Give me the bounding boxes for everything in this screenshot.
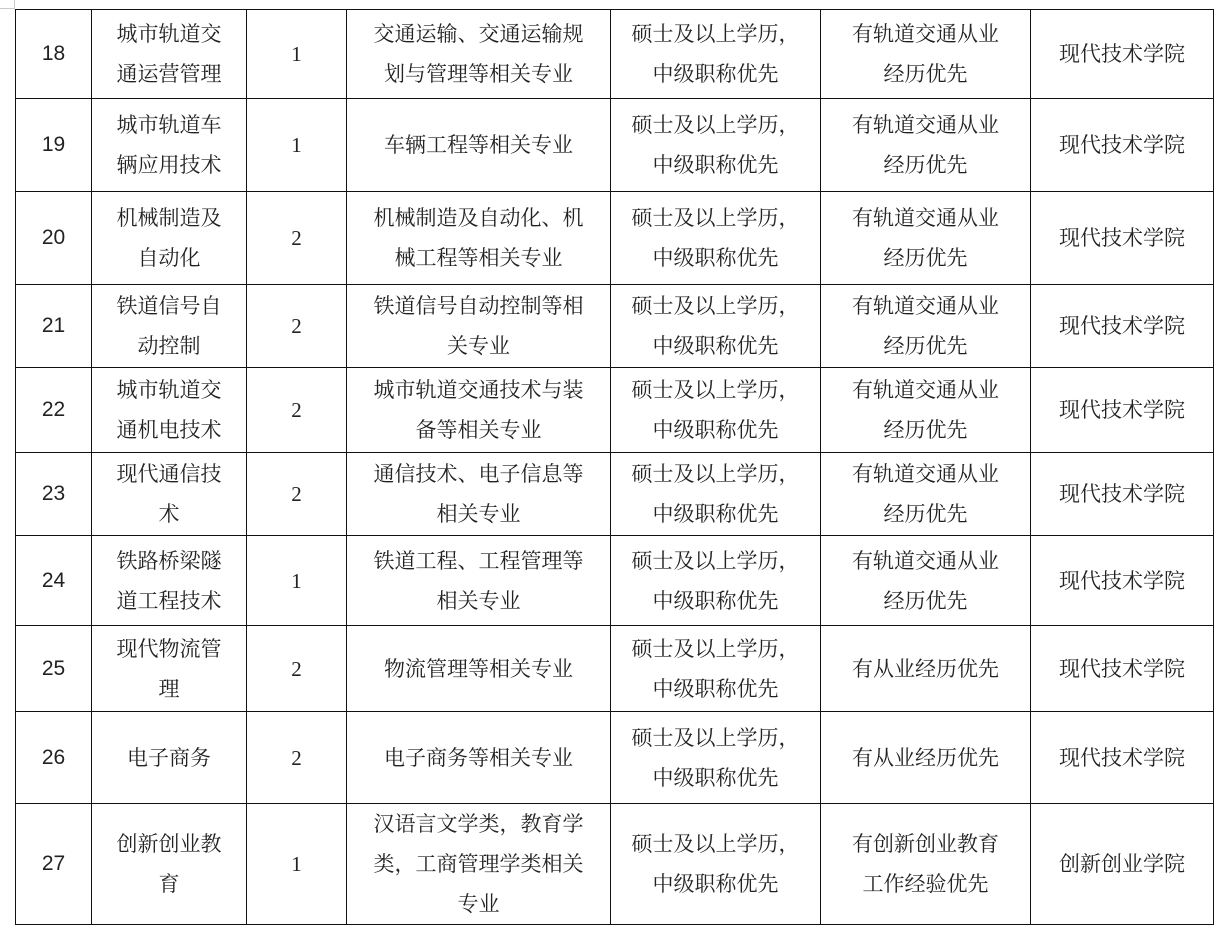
major-requirement-cell: 铁道信号自动控制等相关专业 [347,285,611,368]
experience-requirement-line: 有轨道交通从业 [829,198,1022,238]
position-name-line: 动控制 [100,326,238,366]
education-requirement-line: 中级职称优先 [619,581,812,621]
table-row: 20机械制造及自动化2机械制造及自动化、机械工程等相关专业硕士及以上学历，中级职… [16,192,1214,285]
department-cell: 现代技术学院 [1031,192,1214,285]
education-requirement-line: 硕士及以上学历， [619,718,812,758]
page-corner-mark [0,0,15,9]
education-requirement-line: 中级职称优先 [619,410,812,450]
experience-requirement-cell: 有从业经历优先 [821,712,1031,804]
position-name-cell: 电子商务 [92,712,247,804]
education-requirement-line: 硕士及以上学历， [619,14,812,54]
position-name-line: 铁路桥梁隧 [100,541,238,581]
major-requirement-line: 铁道工程、工程管理等 [355,541,602,581]
education-requirement-cell: 硕士及以上学历，中级职称优先 [611,99,821,192]
major-requirement-cell: 机械制造及自动化、机械工程等相关专业 [347,192,611,285]
headcount-cell: 1 [247,10,347,99]
headcount-cell: 2 [247,192,347,285]
position-name-cell: 现代通信技术 [92,453,247,536]
experience-requirement-cell: 有轨道交通从业经历优先 [821,10,1031,99]
experience-requirement-cell: 有轨道交通从业经历优先 [821,536,1031,626]
major-requirement-line: 物流管理等相关专业 [355,649,602,689]
experience-requirement-line: 有轨道交通从业 [829,286,1022,326]
headcount-cell: 2 [247,712,347,804]
row-number-cell: 20 [16,192,92,285]
department-cell: 现代技术学院 [1031,99,1214,192]
table-row: 18城市轨道交通运营管理1交通运输、交通运输规划与管理等相关专业硕士及以上学历，… [16,10,1214,99]
major-requirement-line: 相关专业 [355,581,602,621]
position-name-line: 理 [100,669,238,709]
table-row: 23现代通信技术2通信技术、电子信息等相关专业硕士及以上学历，中级职称优先有轨道… [16,453,1214,536]
row-number-cell: 18 [16,10,92,99]
experience-requirement-cell: 有轨道交通从业经历优先 [821,99,1031,192]
headcount-cell: 1 [247,804,347,925]
major-requirement-cell: 车辆工程等相关专业 [347,99,611,192]
education-requirement-line: 中级职称优先 [619,758,812,798]
major-requirement-line: 专业 [355,884,602,924]
experience-requirement-cell: 有从业经历优先 [821,626,1031,712]
department-cell: 现代技术学院 [1031,10,1214,99]
position-name-cell: 现代物流管理 [92,626,247,712]
education-requirement-line: 硕士及以上学历， [619,198,812,238]
position-name-line: 城市轨道交 [100,370,238,410]
major-requirement-cell: 城市轨道交通技术与装备等相关专业 [347,368,611,453]
experience-requirement-line: 经历优先 [829,581,1022,621]
experience-requirement-line: 经历优先 [829,145,1022,185]
major-requirement-line: 交通运输、交通运输规 [355,14,602,54]
education-requirement-line: 硕士及以上学历， [619,454,812,494]
headcount-cell: 2 [247,453,347,536]
position-name-line: 机械制造及 [100,198,238,238]
experience-requirement-cell: 有轨道交通从业经历优先 [821,453,1031,536]
department-cell: 现代技术学院 [1031,626,1214,712]
major-requirement-line: 关专业 [355,326,602,366]
row-number-cell: 26 [16,712,92,804]
major-requirement-line: 汉语言文学类，教育学 [355,804,602,844]
headcount-cell: 2 [247,285,347,368]
position-name-line: 育 [100,864,238,904]
experience-requirement-line: 工作经验优先 [829,864,1022,904]
experience-requirement-line: 有轨道交通从业 [829,14,1022,54]
education-requirement-line: 硕士及以上学历， [619,824,812,864]
experience-requirement-cell: 有创新创业教育工作经验优先 [821,804,1031,925]
experience-requirement-line: 有从业经历优先 [829,649,1022,689]
position-name-cell: 城市轨道交通机电技术 [92,368,247,453]
experience-requirement-line: 有轨道交通从业 [829,541,1022,581]
position-name-line: 创新创业教 [100,824,238,864]
row-number-cell: 25 [16,626,92,712]
department-cell: 现代技术学院 [1031,712,1214,804]
experience-requirement-cell: 有轨道交通从业经历优先 [821,192,1031,285]
department-cell: 现代技术学院 [1031,368,1214,453]
row-number-cell: 27 [16,804,92,925]
experience-requirement-line: 经历优先 [829,494,1022,534]
experience-requirement-line: 经历优先 [829,54,1022,94]
education-requirement-line: 中级职称优先 [619,864,812,904]
position-name-cell: 铁道信号自动控制 [92,285,247,368]
position-name-cell: 铁路桥梁隧道工程技术 [92,536,247,626]
major-requirement-line: 车辆工程等相关专业 [355,125,602,165]
education-requirement-line: 中级职称优先 [619,494,812,534]
education-requirement-line: 硕士及以上学历， [619,541,812,581]
position-name-line: 通机电技术 [100,410,238,450]
experience-requirement-line: 有从业经历优先 [829,738,1022,778]
position-name-line: 城市轨道车 [100,105,238,145]
major-requirement-line: 电子商务等相关专业 [355,738,602,778]
major-requirement-line: 机械制造及自动化、机 [355,198,602,238]
major-requirement-line: 划与管理等相关专业 [355,54,602,94]
position-name-cell: 城市轨道交通运营管理 [92,10,247,99]
education-requirement-cell: 硕士及以上学历，中级职称优先 [611,536,821,626]
major-requirement-cell: 通信技术、电子信息等相关专业 [347,453,611,536]
education-requirement-line: 硕士及以上学历， [619,105,812,145]
position-name-line: 辆应用技术 [100,145,238,185]
major-requirement-line: 类，工商管理学类相关 [355,844,602,884]
major-requirement-cell: 汉语言文学类，教育学类，工商管理学类相关专业 [347,804,611,925]
table-row: 22城市轨道交通机电技术2城市轨道交通技术与装备等相关专业硕士及以上学历，中级职… [16,368,1214,453]
position-name-cell: 城市轨道车辆应用技术 [92,99,247,192]
education-requirement-line: 中级职称优先 [619,326,812,366]
experience-requirement-line: 经历优先 [829,238,1022,278]
major-requirement-line: 城市轨道交通技术与装 [355,370,602,410]
table-row: 25现代物流管理2物流管理等相关专业硕士及以上学历，中级职称优先有从业经历优先现… [16,626,1214,712]
major-requirement-line: 铁道信号自动控制等相 [355,286,602,326]
position-name-line: 铁道信号自 [100,286,238,326]
experience-requirement-line: 经历优先 [829,410,1022,450]
recruitment-table: 18城市轨道交通运营管理1交通运输、交通运输规划与管理等相关专业硕士及以上学历，… [15,9,1214,925]
table-row: 27创新创业教育1汉语言文学类，教育学类，工商管理学类相关专业硕士及以上学历，中… [16,804,1214,925]
table-row: 21铁道信号自动控制2铁道信号自动控制等相关专业硕士及以上学历，中级职称优先有轨… [16,285,1214,368]
position-name-line: 电子商务 [100,738,238,778]
education-requirement-line: 中级职称优先 [619,54,812,94]
row-number-cell: 19 [16,99,92,192]
position-name-line: 城市轨道交 [100,14,238,54]
table-row: 24铁路桥梁隧道工程技术1铁道工程、工程管理等相关专业硕士及以上学历，中级职称优… [16,536,1214,626]
education-requirement-cell: 硕士及以上学历，中级职称优先 [611,626,821,712]
position-name-line: 现代物流管 [100,629,238,669]
education-requirement-cell: 硕士及以上学历，中级职称优先 [611,368,821,453]
headcount-cell: 2 [247,626,347,712]
education-requirement-cell: 硕士及以上学历，中级职称优先 [611,285,821,368]
table-row: 26电子商务2电子商务等相关专业硕士及以上学历，中级职称优先有从业经历优先现代技… [16,712,1214,804]
department-cell: 现代技术学院 [1031,453,1214,536]
position-name-cell: 创新创业教育 [92,804,247,925]
department-cell: 现代技术学院 [1031,536,1214,626]
position-name-line: 通运营管理 [100,54,238,94]
major-requirement-line: 相关专业 [355,494,602,534]
experience-requirement-line: 经历优先 [829,326,1022,366]
major-requirement-line: 备等相关专业 [355,410,602,450]
education-requirement-line: 硕士及以上学历， [619,370,812,410]
education-requirement-line: 中级职称优先 [619,669,812,709]
major-requirement-cell: 电子商务等相关专业 [347,712,611,804]
education-requirement-cell: 硕士及以上学历，中级职称优先 [611,712,821,804]
experience-requirement-cell: 有轨道交通从业经历优先 [821,285,1031,368]
experience-requirement-line: 有创新创业教育 [829,824,1022,864]
education-requirement-cell: 硕士及以上学历，中级职称优先 [611,453,821,536]
experience-requirement-cell: 有轨道交通从业经历优先 [821,368,1031,453]
education-requirement-cell: 硕士及以上学历，中级职称优先 [611,804,821,925]
experience-requirement-line: 有轨道交通从业 [829,105,1022,145]
experience-requirement-line: 有轨道交通从业 [829,454,1022,494]
education-requirement-line: 中级职称优先 [619,145,812,185]
row-number-cell: 22 [16,368,92,453]
position-name-line: 道工程技术 [100,581,238,621]
table-row: 19城市轨道车辆应用技术1车辆工程等相关专业硕士及以上学历，中级职称优先有轨道交… [16,99,1214,192]
education-requirement-line: 硕士及以上学历， [619,629,812,669]
major-requirement-cell: 铁道工程、工程管理等相关专业 [347,536,611,626]
education-requirement-line: 硕士及以上学历， [619,286,812,326]
headcount-cell: 2 [247,368,347,453]
major-requirement-cell: 物流管理等相关专业 [347,626,611,712]
department-cell: 创新创业学院 [1031,804,1214,925]
education-requirement-line: 中级职称优先 [619,238,812,278]
row-number-cell: 21 [16,285,92,368]
position-name-line: 现代通信技 [100,454,238,494]
row-number-cell: 23 [16,453,92,536]
major-requirement-line: 通信技术、电子信息等 [355,454,602,494]
position-name-cell: 机械制造及自动化 [92,192,247,285]
headcount-cell: 1 [247,536,347,626]
department-cell: 现代技术学院 [1031,285,1214,368]
education-requirement-cell: 硕士及以上学历，中级职称优先 [611,192,821,285]
headcount-cell: 1 [247,99,347,192]
position-name-line: 术 [100,494,238,534]
experience-requirement-line: 有轨道交通从业 [829,370,1022,410]
education-requirement-cell: 硕士及以上学历，中级职称优先 [611,10,821,99]
major-requirement-cell: 交通运输、交通运输规划与管理等相关专业 [347,10,611,99]
position-name-line: 自动化 [100,238,238,278]
major-requirement-line: 械工程等相关专业 [355,238,602,278]
row-number-cell: 24 [16,536,92,626]
table-body: 18城市轨道交通运营管理1交通运输、交通运输规划与管理等相关专业硕士及以上学历，… [16,10,1214,925]
